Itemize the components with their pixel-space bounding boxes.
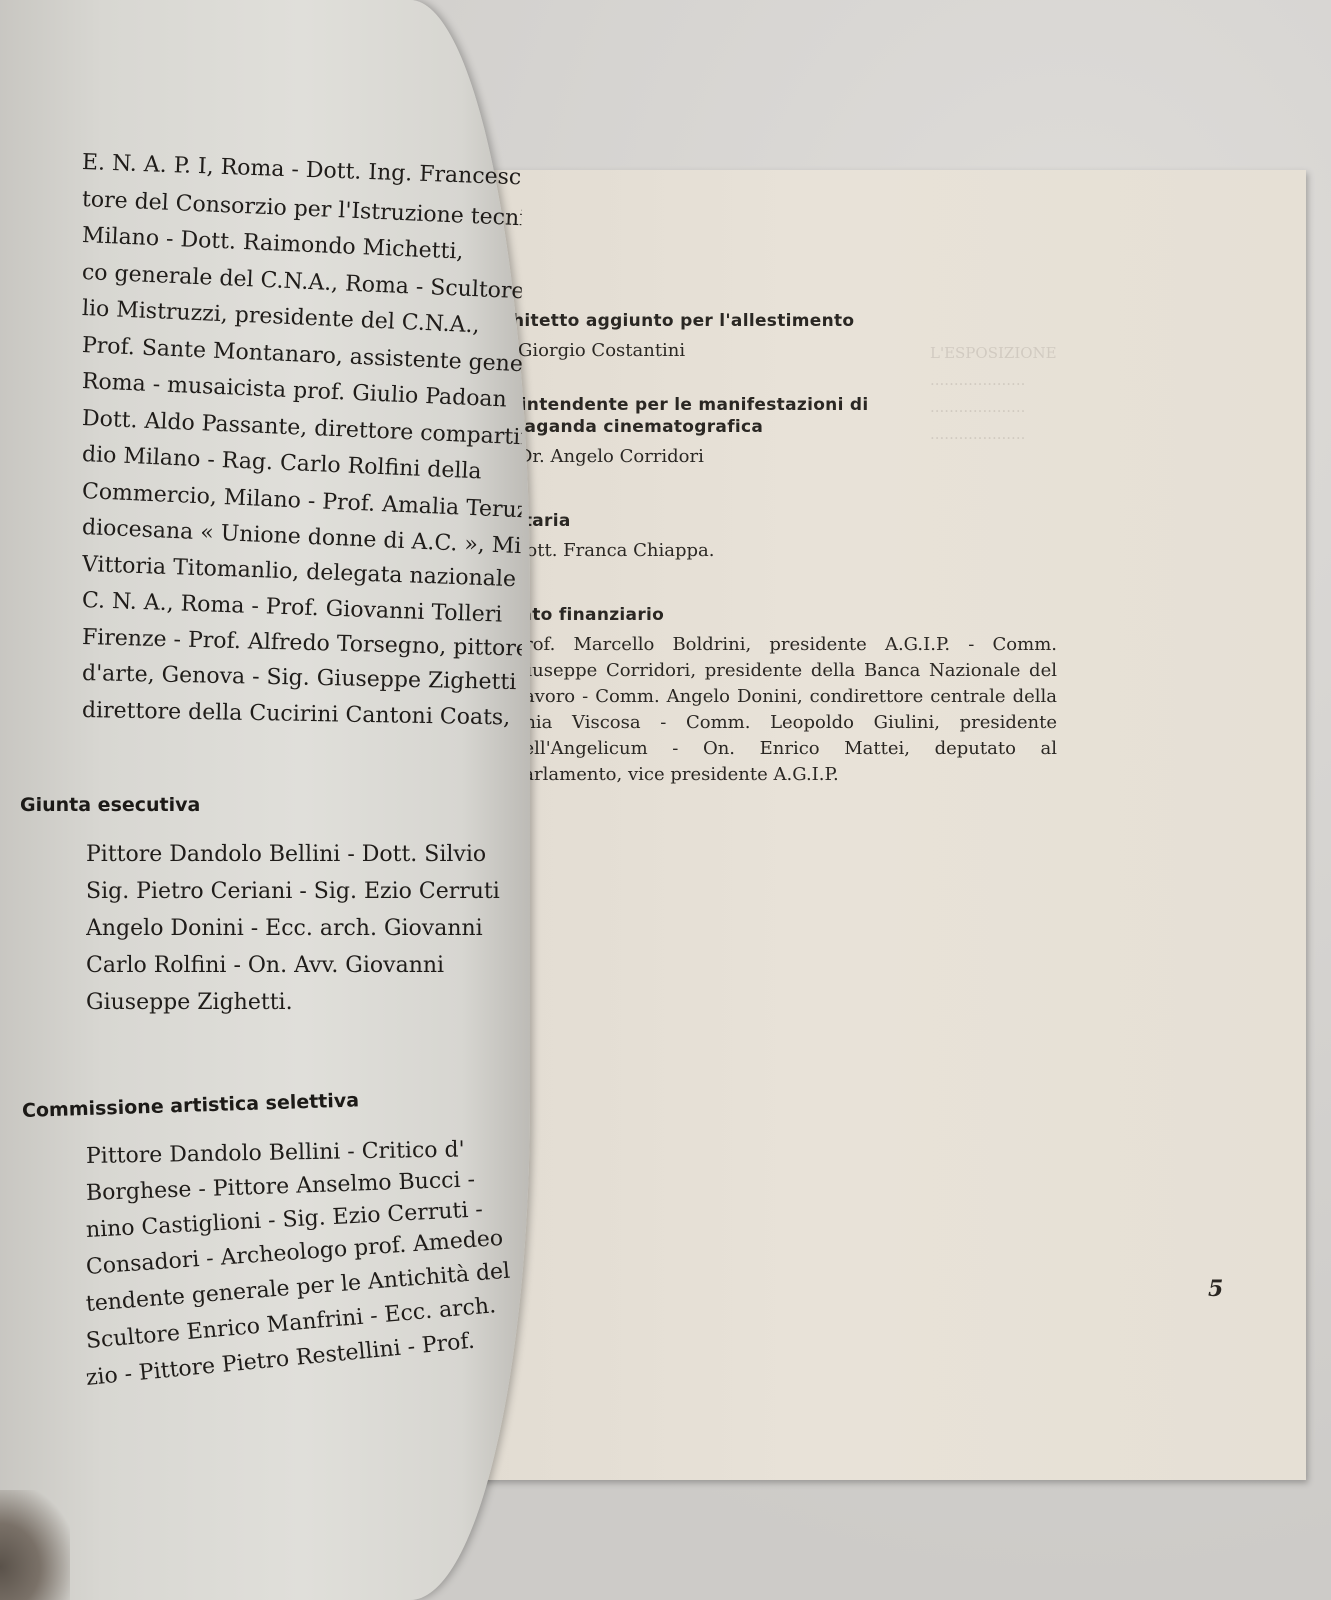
member-line: Angelo Donini - Ecc. arch. Giovanni — [86, 910, 516, 947]
page-number: 5 — [1208, 1276, 1223, 1302]
member-line: Giuseppe Zighetti. — [86, 984, 516, 1021]
member-line: Sig. Pietro Ceriani - Sig. Ezio Cerruti — [86, 873, 516, 910]
section-architetto: hitetto aggiunto per l'allestimento Gior… — [512, 310, 1072, 364]
text-line: direttore della Cucirini Cantoni Coats, — [82, 693, 523, 737]
left-page-continuation: E. N. A. P. I, Roma - Dott. Ing. Frances… — [82, 145, 522, 729]
section-segretaria: etaria Dott. Franca Chiappa. — [512, 510, 1072, 564]
section-body: Giorgio Costantini — [512, 338, 1072, 364]
right-page-content: hitetto aggiunto per l'allestimento Gior… — [512, 310, 1072, 818]
giunta-members: Pittore Dandolo Bellini - Dott. Silvio S… — [86, 836, 516, 1021]
section-heading: hitetto aggiunto per l'allestimento — [512, 310, 1072, 332]
section-sovrintendente: rintendente per le manifestazioni di pag… — [512, 394, 1072, 470]
section-body: Prof. Marcello Boldrini, presidente A.G.… — [512, 632, 1057, 788]
commissione-members: Pittore Dandolo Bellini - Critico d' Bor… — [86, 1138, 516, 1397]
giunta-heading: Giunta esecutiva — [20, 794, 200, 816]
section-heading: etaria — [512, 510, 1072, 532]
member-line: Carlo Rolfini - On. Avv. Giovanni — [86, 947, 516, 984]
section-heading: tato finanziario — [512, 604, 1072, 626]
section-heading: rintendente per le manifestazioni di pag… — [512, 394, 1072, 438]
finger-shadow — [0, 1490, 70, 1600]
section-body: Dr. Angelo Corridori — [512, 444, 1072, 470]
member-line: Pittore Dandolo Bellini - Dott. Silvio — [86, 836, 516, 873]
section-comitato-finanziario: tato finanziario Prof. Marcello Boldrini… — [512, 604, 1072, 788]
section-body: Dott. Franca Chiappa. — [512, 538, 1072, 564]
